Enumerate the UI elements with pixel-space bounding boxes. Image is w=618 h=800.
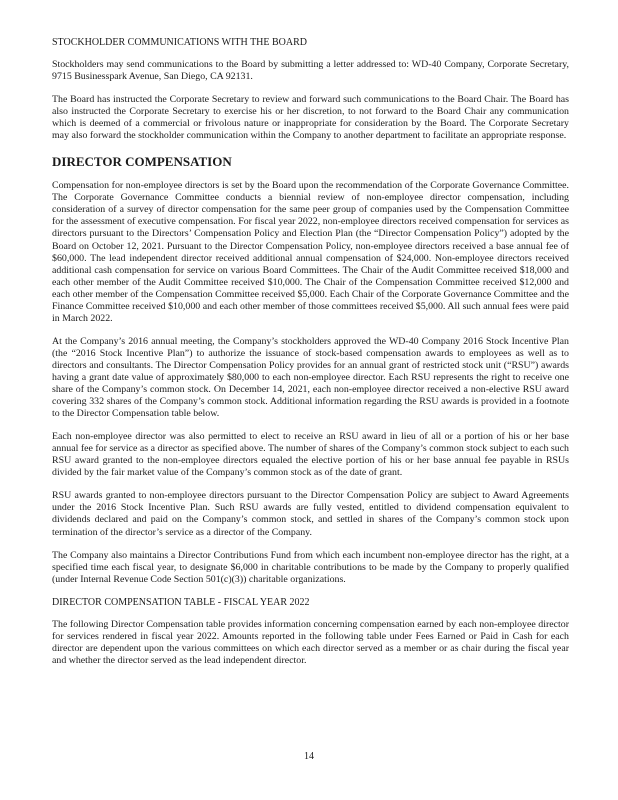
paragraph: The Company also maintains a Director Co… bbox=[52, 550, 569, 586]
page-number: 14 bbox=[0, 751, 618, 762]
paragraph: The following Director Compensation tabl… bbox=[52, 619, 569, 667]
director-compensation-heading: DIRECTOR COMPENSATION bbox=[52, 154, 569, 170]
document-page: STOCKHOLDER COMMUNICATIONS WITH THE BOAR… bbox=[52, 37, 569, 678]
paragraph: Stockholders may send communications to … bbox=[52, 59, 569, 83]
compensation-table-heading: DIRECTOR COMPENSATION TABLE - FISCAL YEA… bbox=[52, 597, 569, 609]
compensation-table-intro-section: DIRECTOR COMPENSATION TABLE - FISCAL YEA… bbox=[52, 597, 569, 667]
paragraph: Compensation for non-employee directors … bbox=[52, 180, 569, 325]
paragraph: Each non-employee director was also perm… bbox=[52, 431, 569, 479]
paragraph: The Board has instructed the Corporate S… bbox=[52, 94, 569, 142]
stockholder-communications-heading: STOCKHOLDER COMMUNICATIONS WITH THE BOAR… bbox=[52, 37, 569, 49]
director-compensation-section: DIRECTOR COMPENSATION Compensation for n… bbox=[52, 154, 569, 585]
stockholder-communications-section: STOCKHOLDER COMMUNICATIONS WITH THE BOAR… bbox=[52, 37, 569, 142]
paragraph: RSU awards granted to non-employee direc… bbox=[52, 490, 569, 538]
paragraph: At the Company’s 2016 annual meeting, th… bbox=[52, 336, 569, 420]
